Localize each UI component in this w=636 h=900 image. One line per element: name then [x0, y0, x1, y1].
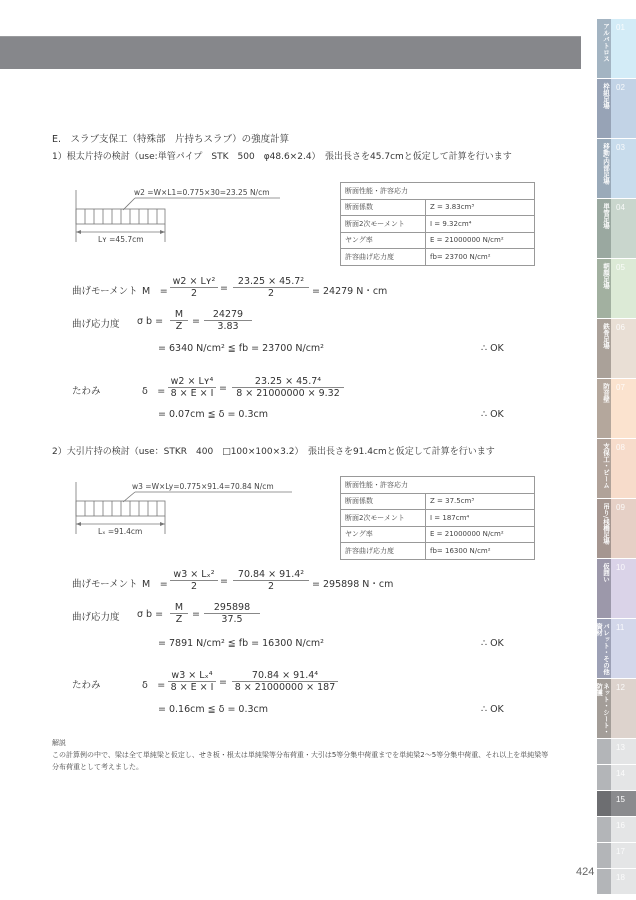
chapter-tabs: アルバトロス01枠組足場02移動/内部足場03単管足場04朝顔足場05鉄骨足場0… — [597, 18, 636, 894]
note-line-1: この計算例の中で、梁は全て単純梁と仮定し、せき板・根太は単純梁等分布荷重・大引は… — [52, 749, 548, 761]
stress-symbol: σ b = — [137, 316, 163, 327]
row-label: 断面2次モーメント — [341, 510, 426, 527]
chapter-tab-03[interactable]: 移動/内部足場03 — [597, 138, 636, 198]
moment-fraction-1: w3 × Lₓ²2 — [170, 569, 218, 592]
chapter-tab-07[interactable]: 防音壁07 — [597, 378, 636, 438]
chapter-tab-14[interactable]: 14 — [597, 764, 636, 790]
chapter-tab-16[interactable]: 16 — [597, 816, 636, 842]
tab-number: 15 — [616, 795, 625, 804]
chapter-tab-06[interactable]: 鉄骨足場06 — [597, 318, 636, 378]
tab-label: 吊り/桟橋足場 — [599, 503, 609, 544]
tab-number: 12 — [616, 683, 625, 692]
equals: = — [219, 677, 227, 688]
row-value: fb= 23700 N/cm² — [426, 249, 535, 266]
row-label: 許容曲げ応力度 — [341, 249, 426, 266]
tab-label: ネット・シート・防護 — [599, 683, 609, 738]
table-row: 許容曲げ応力度fb= 23700 N/cm² — [341, 249, 535, 266]
chapter-tab-05[interactable]: 朝顔足場05 — [597, 258, 636, 318]
part2-heading: 2）大引片持の検討（use：STKR 400 □100×100×3.2） 張出長… — [52, 444, 495, 457]
table-header: 断面性能・許容応力 — [341, 477, 535, 494]
moment-symbol: M = — [142, 576, 168, 590]
tab-number: 08 — [616, 443, 625, 452]
equals: = — [220, 283, 228, 294]
chapter-tab-12[interactable]: ネット・シート・防護12 — [597, 678, 636, 738]
deflection-label: たわみ — [72, 677, 101, 691]
tab-label: 防音壁 — [599, 383, 609, 403]
stress-fraction-2: 242793.83 — [204, 309, 252, 332]
moment-result: = 295898 N・cm — [312, 576, 393, 590]
chapter-tab-02[interactable]: 枠組足場02 — [597, 78, 636, 138]
stress-fraction-2: 29589837.5 — [204, 602, 260, 625]
table-row: ヤング率E = 21000000 N/cm² — [341, 526, 535, 543]
row-value: E = 21000000 N/cm² — [426, 232, 535, 249]
header-bar — [0, 36, 581, 69]
stress-fraction-1: MZ — [170, 602, 188, 625]
tab-number: 06 — [616, 323, 625, 332]
chapter-tab-10[interactable]: 仮囲い10 — [597, 558, 636, 618]
stress-check: ∴ OK — [481, 638, 504, 649]
moment-fraction-2: 70.84 × 91.4²2 — [233, 569, 309, 592]
table-row: 断面係数Z = 3.83cm³ — [341, 199, 535, 216]
tab-label: パレット・その他資材 — [599, 623, 609, 678]
tab-number: 01 — [616, 23, 625, 32]
deflection-check: ∴ OK — [481, 409, 504, 420]
tab-strip — [597, 791, 611, 816]
beam-diagram-1: w2 =W×L1=0.775×30=23.25 N/cm Lʏ =45.7cm — [70, 180, 310, 250]
tab-number: 17 — [616, 847, 625, 856]
row-value: Z = 3.83cm³ — [426, 199, 535, 216]
tab-label: 仮囲い — [599, 563, 609, 583]
tab-number: 07 — [616, 383, 625, 392]
chapter-tab-11[interactable]: パレット・その他資材11 — [597, 618, 636, 678]
row-value: I = 187cm⁴ — [426, 510, 535, 527]
stress-label: 曲げ応力度 — [72, 316, 120, 330]
deflection-fraction-1: w2 × Lʏ⁴8 × E × I — [168, 376, 216, 399]
table-header: 断面性能・許容応力 — [341, 183, 535, 200]
tab-number: 05 — [616, 263, 625, 272]
span-label: Lʏ =45.7cm — [98, 235, 144, 244]
table-row: 断面2次モーメントI = 9.32cm⁴ — [341, 216, 535, 233]
tab-number: 16 — [616, 821, 625, 830]
tab-number: 13 — [616, 743, 625, 752]
chapter-tab-09[interactable]: 吊り/桟橋足場09 — [597, 498, 636, 558]
tab-label: 単管足場 — [599, 203, 609, 229]
row-value: E = 21000000 N/cm² — [426, 526, 535, 543]
tab-strip — [597, 765, 611, 790]
chapter-tab-01[interactable]: アルバトロス01 — [597, 18, 636, 78]
equals: = — [219, 383, 227, 394]
row-label: 許容曲げ応力度 — [341, 543, 426, 560]
chapter-tab-15[interactable]: 15 — [597, 790, 636, 816]
chapter-tab-13[interactable]: 13 — [597, 738, 636, 764]
moment-label: 曲げモーメント — [72, 576, 138, 590]
section-title: E. スラブ支保工（特殊部 片持ちスラブ）の強度計算 — [52, 131, 289, 145]
load-label: w3 =W×Ly=0.775×91.4=70.84 N/cm — [132, 482, 274, 491]
table-row: 許容曲げ応力度fb= 16300 N/cm² — [341, 543, 535, 560]
tab-strip — [597, 843, 611, 868]
deflection-check: ∴ OK — [481, 704, 504, 715]
stress-result: = 6340 N/cm² ≦ fb = 23700 N/cm² — [158, 343, 324, 354]
deflection-label: たわみ — [72, 383, 101, 397]
tab-number: 03 — [616, 143, 625, 152]
row-value: Z = 37.5cm³ — [426, 493, 535, 510]
tab-label: 枠組足場 — [599, 83, 609, 109]
row-label: ヤング率 — [341, 232, 426, 249]
chapter-tab-17[interactable]: 17 — [597, 842, 636, 868]
page-number: 424 — [576, 866, 594, 878]
chapter-tab-18[interactable]: 18 — [597, 868, 636, 894]
tab-number: 10 — [616, 563, 625, 572]
chapter-tab-08[interactable]: 支保工・ビーム08 — [597, 438, 636, 498]
note-title: 解説 — [52, 737, 548, 749]
table-row: ヤング率E = 21000000 N/cm² — [341, 232, 535, 249]
tab-strip — [597, 739, 611, 764]
moment-result: = 24279 N・cm — [312, 283, 387, 297]
tab-number: 11 — [616, 623, 624, 632]
row-label: 断面係数 — [341, 493, 426, 510]
tab-number: 09 — [616, 503, 625, 512]
chapter-tab-04[interactable]: 単管足場04 — [597, 198, 636, 258]
row-value: I = 9.32cm⁴ — [426, 216, 535, 233]
stress-check: ∴ OK — [481, 343, 504, 354]
part1-heading: 1）根太片持の検討（use:単管パイプ STK 500 φ48.6×2.4） 張… — [52, 149, 512, 162]
tab-label: 鉄骨足場 — [599, 323, 609, 349]
tab-label: 支保工・ビーム — [599, 443, 609, 489]
tab-number: 02 — [616, 83, 625, 92]
equals: = — [192, 316, 200, 327]
note: 解説 この計算例の中で、梁は全て単純梁と仮定し、せき板・根太は単純梁等分布荷重・… — [52, 737, 548, 773]
equals: = — [192, 609, 200, 620]
tab-number: 14 — [616, 769, 625, 778]
load-label: w2 =W×L1=0.775×30=23.25 N/cm — [134, 188, 270, 197]
note-line-2: 分布荷重として考えました。 — [52, 761, 548, 773]
row-label: ヤング率 — [341, 526, 426, 543]
tab-label: アルバトロス — [599, 23, 609, 62]
moment-fraction-1: w2 × Lʏ²2 — [170, 276, 218, 299]
table-row: 断面係数Z = 37.5cm³ — [341, 493, 535, 510]
tab-label: 移動/内部足場 — [599, 143, 609, 184]
table-row: 断面2次モーメントI = 187cm⁴ — [341, 510, 535, 527]
tab-label: 朝顔足場 — [599, 263, 609, 289]
stress-result: = 7891 N/cm² ≦ fb = 16300 N/cm² — [158, 638, 324, 649]
moment-fraction-2: 23.25 × 45.7²2 — [233, 276, 309, 299]
tab-number: 04 — [616, 203, 625, 212]
deflection-result: = 0.07cm ≦ δ = 0.3cm — [158, 409, 268, 420]
beam-diagram-2: w3 =W×Ly=0.775×91.4=70.84 N/cm Lₓ =91.4c… — [70, 478, 310, 548]
tab-number: 18 — [616, 873, 625, 882]
deflection-symbol: δ = — [142, 383, 165, 397]
row-value: fb= 16300 N/cm² — [426, 543, 535, 560]
deflection-symbol: δ = — [142, 677, 165, 691]
stress-label: 曲げ応力度 — [72, 609, 120, 623]
stress-symbol: σ b = — [137, 609, 163, 620]
span-label: Lₓ =91.4cm — [98, 527, 142, 536]
equals: = — [220, 576, 228, 587]
section-properties-table-1: 断面性能・許容応力 断面係数Z = 3.83cm³ 断面2次モーメントI = 9… — [340, 182, 535, 266]
deflection-fraction-2: 23.25 × 45.7⁴8 × 21000000 × 9.32 — [232, 376, 344, 399]
row-label: 断面2次モーメント — [341, 216, 426, 233]
stress-fraction-1: MZ — [170, 309, 188, 332]
tab-strip — [597, 869, 611, 894]
deflection-fraction-1: w3 × Lₓ⁴8 × E × I — [168, 670, 216, 693]
row-label: 断面係数 — [341, 199, 426, 216]
section-properties-table-2: 断面性能・許容応力 断面係数Z = 37.5cm³ 断面2次モーメントI = 1… — [340, 476, 535, 560]
moment-label: 曲げモーメント — [72, 283, 138, 297]
deflection-fraction-2: 70.84 × 91.4⁴8 × 21000000 × 187 — [232, 670, 338, 693]
deflection-result: = 0.16cm ≦ δ = 0.3cm — [158, 704, 268, 715]
moment-symbol: M = — [142, 283, 168, 297]
tab-strip — [597, 817, 611, 842]
